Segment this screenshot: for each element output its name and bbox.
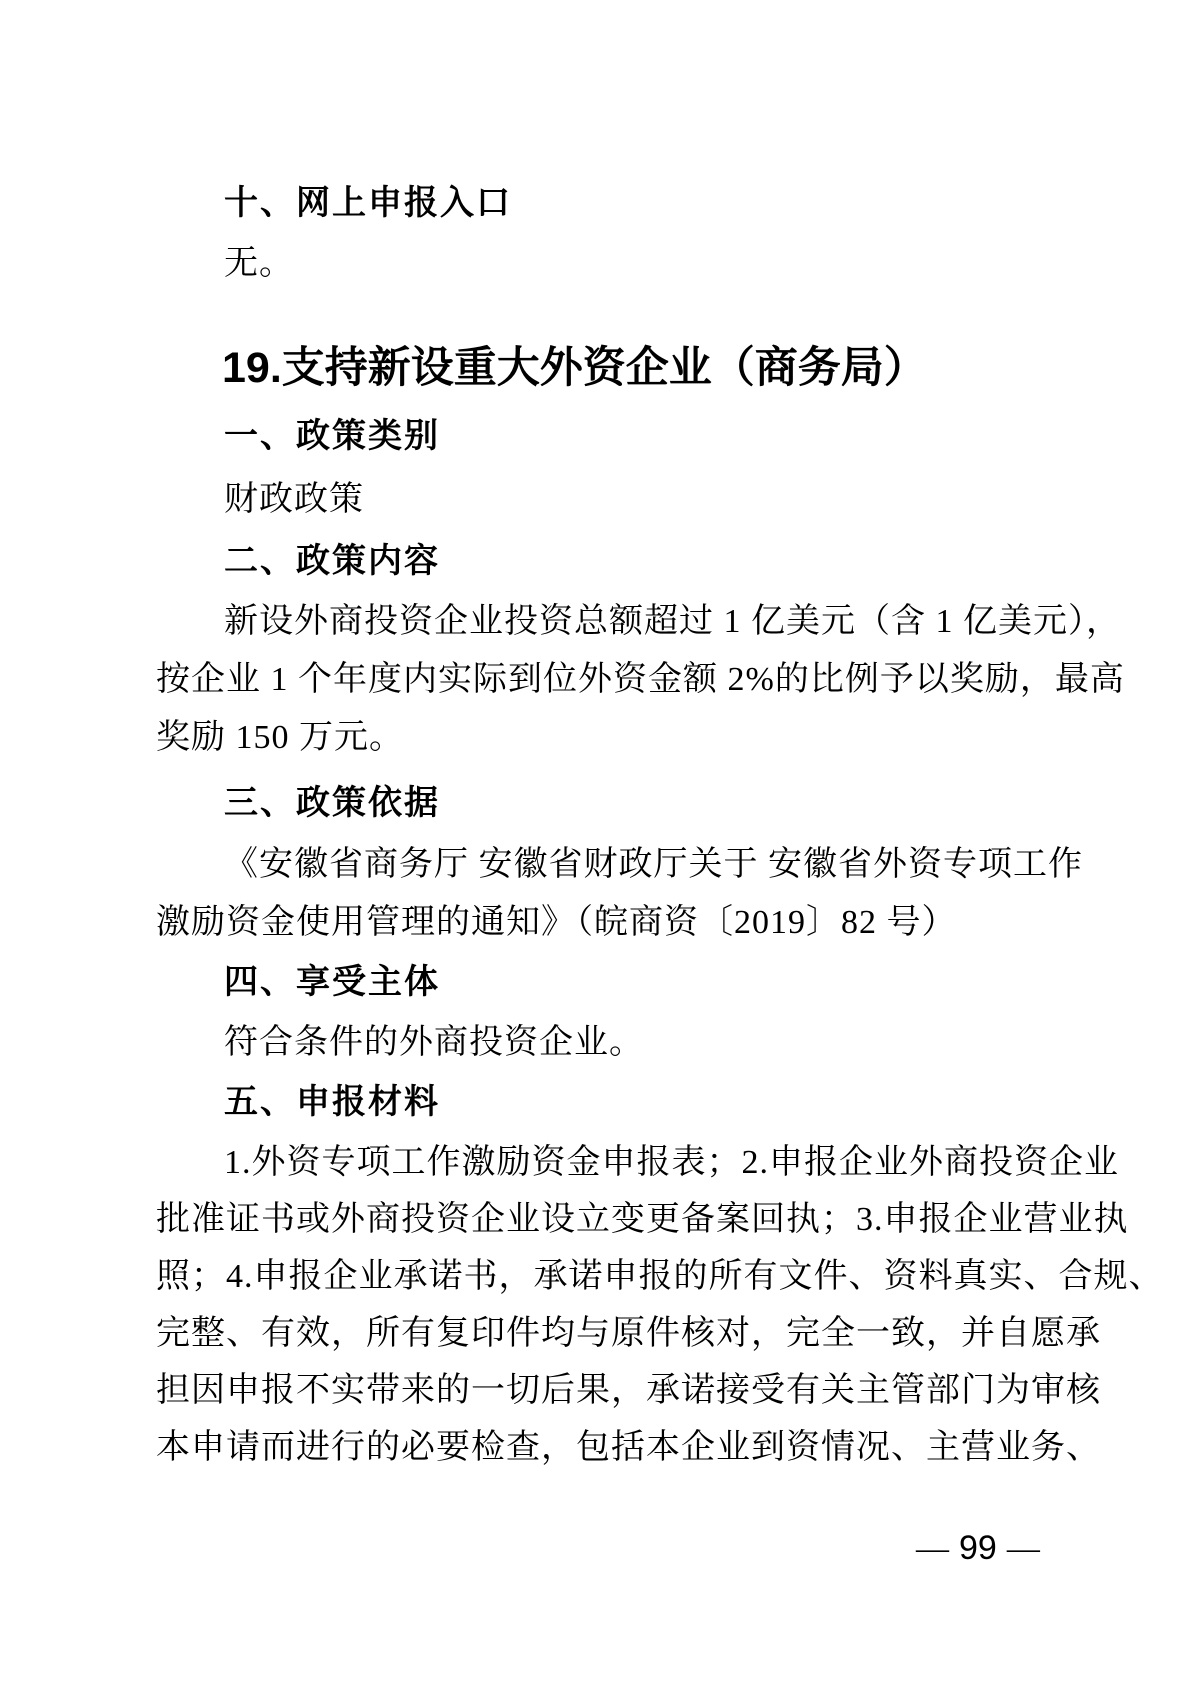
prev-section-body: 无。	[156, 242, 1114, 286]
section-3-line-1: 《安徽省商务厅 安徽省财政厅关于 安徽省外资专项工作	[156, 843, 1114, 887]
section-3-line-2: 激励资金使用管理的通知》（皖商资〔2019〕82 号）	[156, 901, 1046, 945]
section-1-line-1: 财政政策	[156, 478, 1114, 522]
section-5-line-6: 本申请而进行的必要检查，包括本企业到资情况、主营业务、	[156, 1426, 1046, 1470]
footer-dash-right: —	[1007, 1531, 1040, 1567]
footer-dash-left: —	[916, 1531, 949, 1567]
section-3-heading: 三、政策依据	[156, 782, 1114, 826]
section-2-line-3: 奖励 150 万元。	[156, 716, 1046, 760]
document-page: 十、网上申报入口 无。 19.支持新设重大外资企业（商务局） 一、政策类别 财政…	[0, 0, 1190, 1683]
section-5-line-1: 1.外资专项工作激励资金申报表；2.申报企业外商投资企业	[156, 1141, 1114, 1185]
section-1-heading: 一、政策类别	[156, 415, 1114, 459]
prev-section-heading: 十、网上申报入口	[156, 182, 1114, 226]
section-5-line-5: 担因申报不实带来的一切后果，承诺接受有关主管部门为审核	[156, 1369, 1046, 1413]
section-4-line-1: 符合条件的外商投资企业。	[156, 1021, 1114, 1065]
section-5-line-4: 完整、有效，所有复印件均与原件核对，完全一致，并自愿承	[156, 1312, 1046, 1356]
page-footer: —99—	[916, 1528, 1040, 1569]
section-5-heading: 五、申报材料	[156, 1081, 1114, 1125]
page-number: 99	[949, 1529, 1007, 1567]
section-4-heading: 四、享受主体	[156, 961, 1114, 1005]
section-2-line-2: 按企业 1 个年度内实际到位外资金额 2%的比例予以奖励，最高	[156, 658, 1046, 702]
section-5-line-3: 照；4.申报企业承诺书，承诺申报的所有文件、资料真实、合规、	[156, 1255, 1046, 1299]
section-2-line-1: 新设外商投资企业投资总额超过 1 亿美元（含 1 亿美元），	[156, 600, 1114, 644]
section-2-heading: 二、政策内容	[156, 540, 1114, 584]
policy-title: 19.支持新设重大外资企业（商务局）	[156, 342, 1112, 394]
section-5-line-2: 批准证书或外商投资企业设立变更备案回执；3.申报企业营业执	[156, 1198, 1046, 1242]
